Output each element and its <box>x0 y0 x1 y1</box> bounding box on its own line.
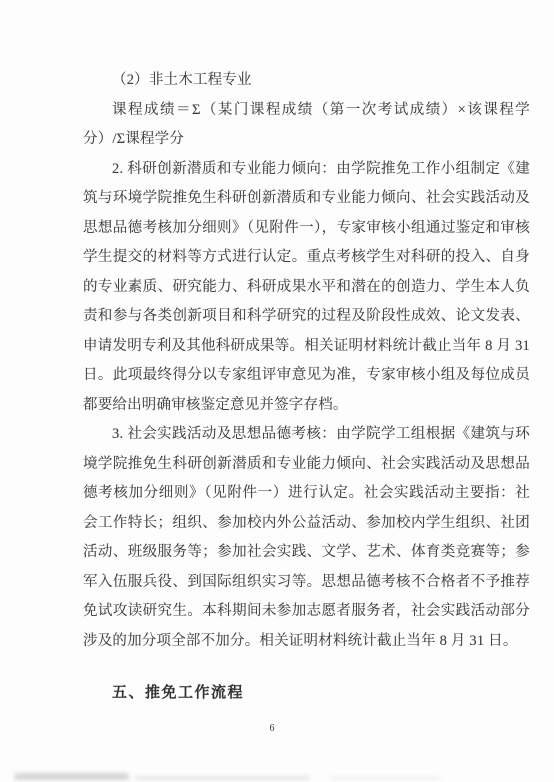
document-page: （2）非土木工程专业 课程成绩＝Σ（某门课程成绩（第一次考试成绩）×该课程学分）… <box>0 0 554 782</box>
scan-smudge <box>14 773 129 780</box>
section-heading: 五、推免工作流程 <box>83 679 530 709</box>
page-number: 6 <box>0 723 544 734</box>
scan-smudge <box>330 777 440 780</box>
paragraph-course-score-formula: 课程成绩＝Σ（某门课程成绩（第一次考试成绩）×该课程学分）/Σ课程学分 <box>83 96 530 155</box>
paragraph-item-3-social-practice: 3. 社会实践活动及思想品德考核：由学院学工组根据《建筑与环境学院推免生科研创新… <box>83 420 530 656</box>
scan-smudge <box>135 776 310 780</box>
paragraph-subsection-label: （2）非土木工程专业 <box>83 66 530 96</box>
paragraph-item-2-research-potential: 2. 科研创新潜质和专业能力倾向：由学院推免工作小组制定《建筑与环境学院推免生科… <box>83 155 530 421</box>
page-body-text: （2）非土木工程专业 课程成绩＝Σ（某门课程成绩（第一次考试成绩）×该课程学分）… <box>83 66 530 709</box>
